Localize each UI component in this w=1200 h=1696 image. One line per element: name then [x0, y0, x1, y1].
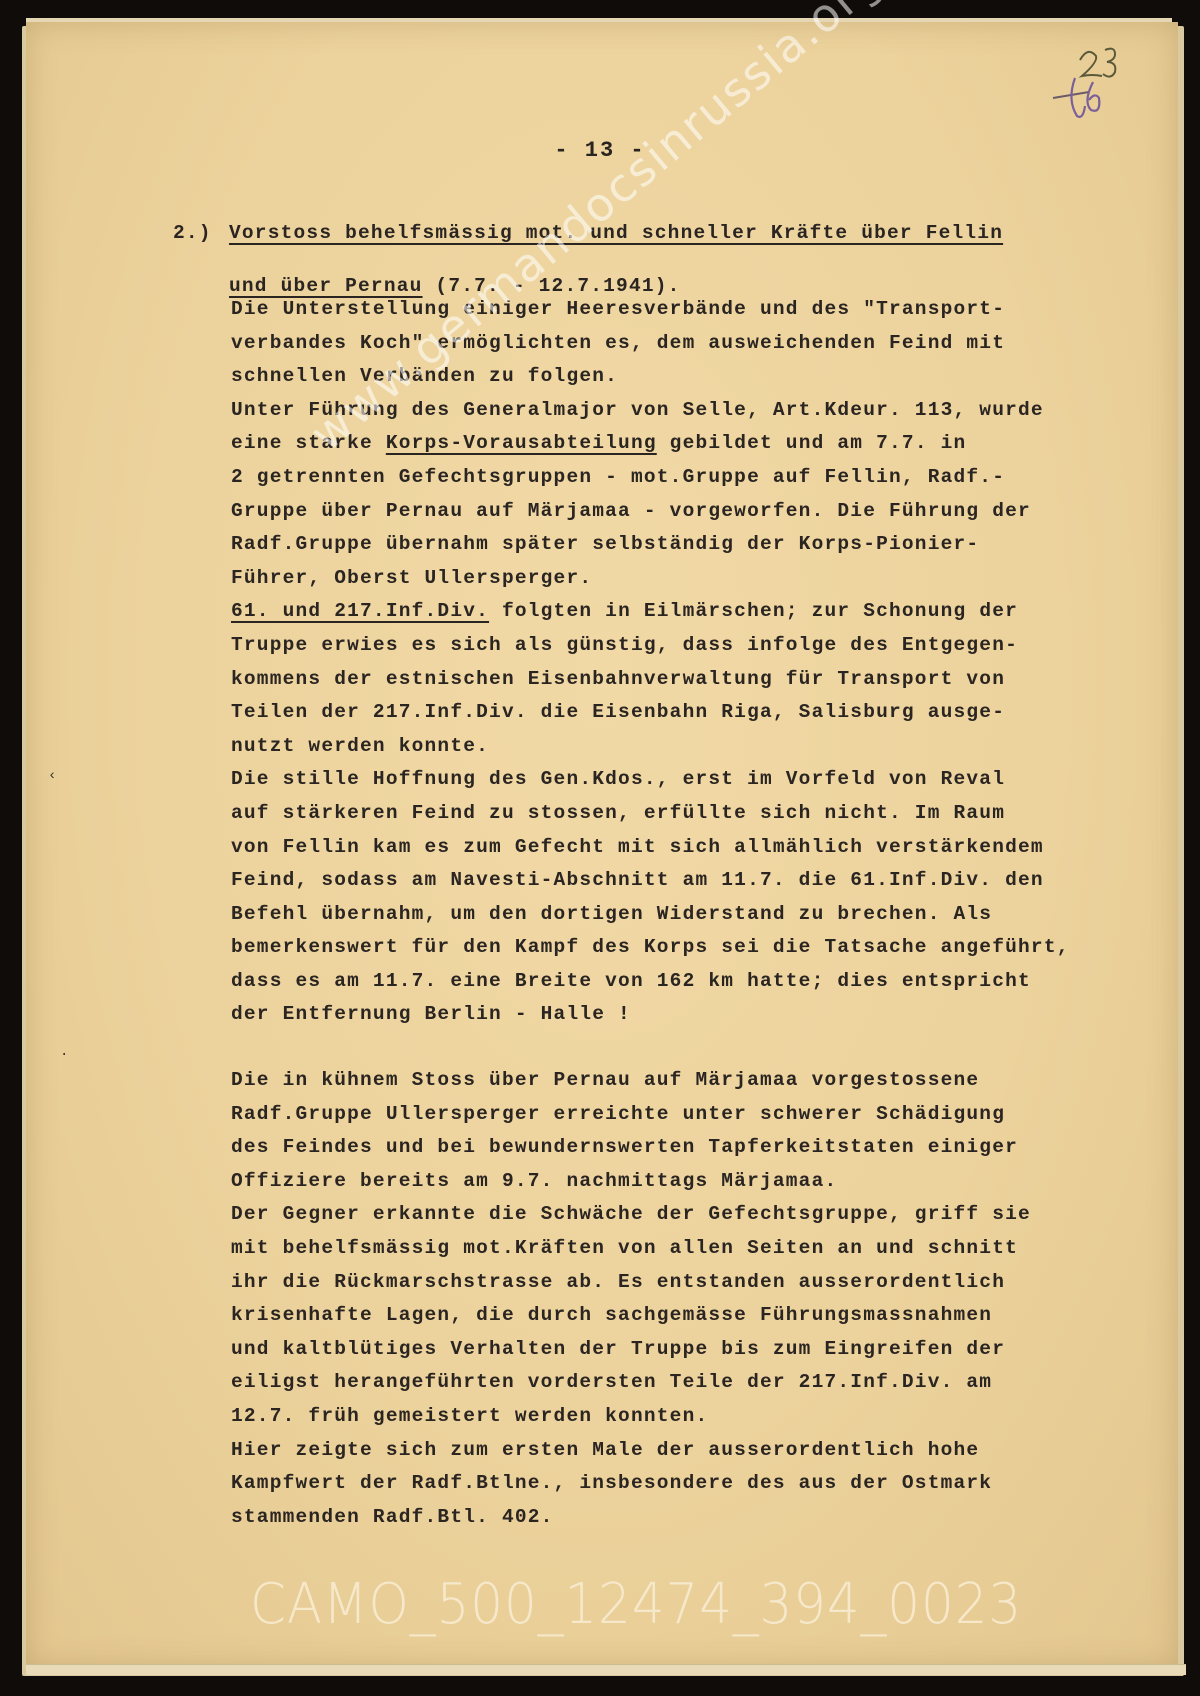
text-fragment: folgten in Eilmärschen; zur Schonung der [489, 600, 1018, 622]
underlined-term: Korps-Vorausabteilung [386, 432, 657, 454]
section-title-line1: Vorstoss behelfsmässig mot. und schnelle… [229, 222, 1003, 244]
text-line: Führer, Oberst Ullersperger. [231, 562, 1070, 596]
text-line: verbandes Koch" ermöglichten es, dem aus… [231, 327, 1070, 361]
text-line: Befehl übernahm, um den dortigen Widerst… [231, 898, 1070, 932]
text-line-divisions: 61. und 217.Inf.Div. folgten in Eilmärsc… [231, 595, 1070, 629]
text-line: Truppe erwies es sich als günstig, dass … [231, 629, 1070, 663]
text-line: mit behelfsmässig mot.Kräften von allen … [231, 1232, 1031, 1266]
margin-mark: ‹ [48, 768, 56, 784]
text-line: Hier zeigte sich zum ersten Male der aus… [231, 1434, 1031, 1468]
text-line: bemerkenswert für den Kampf des Korps se… [231, 931, 1070, 965]
text-line: Die Unterstellung einiger Heeresverbände… [231, 293, 1070, 327]
page-bottom-edge [26, 1664, 1186, 1675]
text-line: des Feindes und bei bewundernswerten Tap… [231, 1131, 1031, 1165]
text-line: Teilen der 217.Inf.Div. die Eisenbahn Ri… [231, 696, 1070, 730]
text-line: stammenden Radf.Btl. 402. [231, 1501, 1031, 1535]
text-line: Radf.Gruppe Ullersperger erreichte unter… [231, 1098, 1031, 1132]
text-line: 12.7. früh gemeistert werden konnten. [231, 1400, 1031, 1434]
text-line: Die in kühnem Stoss über Pernau auf Märj… [231, 1064, 1031, 1098]
text-line: Die stille Hoffnung des Gen.Kdos., erst … [231, 763, 1070, 797]
page-number: - 13 - [0, 138, 1200, 163]
text-line: krisenhafte Lagen, die durch sachgemässe… [231, 1299, 1031, 1333]
text-line: Kampfwert der Radf.Btlne., insbesondere … [231, 1467, 1031, 1501]
text-fragment: gebildet und am 7.7. in [657, 432, 967, 454]
handwritten-folio-mark [1045, 38, 1135, 128]
text-line: eiligst herangeführten vordersten Teile … [231, 1366, 1031, 1400]
text-line: und kaltblütiges Verhalten der Truppe bi… [231, 1333, 1031, 1367]
text-line: 2 getrennten Gefechtsgruppen - mot.Grupp… [231, 461, 1070, 495]
margin-mark: · [60, 1047, 68, 1063]
text-line: der Entfernung Berlin - Halle ! [231, 998, 1070, 1032]
text-line: Der Gegner erkannte die Schwäche der Gef… [231, 1198, 1031, 1232]
body-paragraph-3: Die in kühnem Stoss über Pernau auf Märj… [231, 1064, 1031, 1534]
text-line: Gruppe über Pernau auf Märjamaa - vorgew… [231, 495, 1070, 529]
text-line: auf stärkeren Feind zu stossen, erfüllte… [231, 797, 1070, 831]
text-line: von Fellin kam es zum Gefecht mit sich a… [231, 831, 1070, 865]
text-line: kommens der estnischen Eisenbahnverwaltu… [231, 663, 1070, 697]
text-line: nutzt werden konnte. [231, 730, 1070, 764]
section-number: 2.) [173, 207, 229, 260]
text-line: ihr die Rückmarschstrasse ab. Es entstan… [231, 1266, 1031, 1300]
underlined-term: 61. und 217.Inf.Div. [231, 600, 489, 622]
text-line: dass es am 11.7. eine Breite von 162 km … [231, 965, 1070, 999]
text-line: Offiziere bereits am 9.7. nachmittags Mä… [231, 1165, 1031, 1199]
text-line: Radf.Gruppe übernahm später selbständig … [231, 528, 1070, 562]
text-line: Feind, sodass am Navesti-Abschnitt am 11… [231, 864, 1070, 898]
archive-id-stamp: CAMO_500_12474_394_0023 [250, 1572, 1022, 1637]
